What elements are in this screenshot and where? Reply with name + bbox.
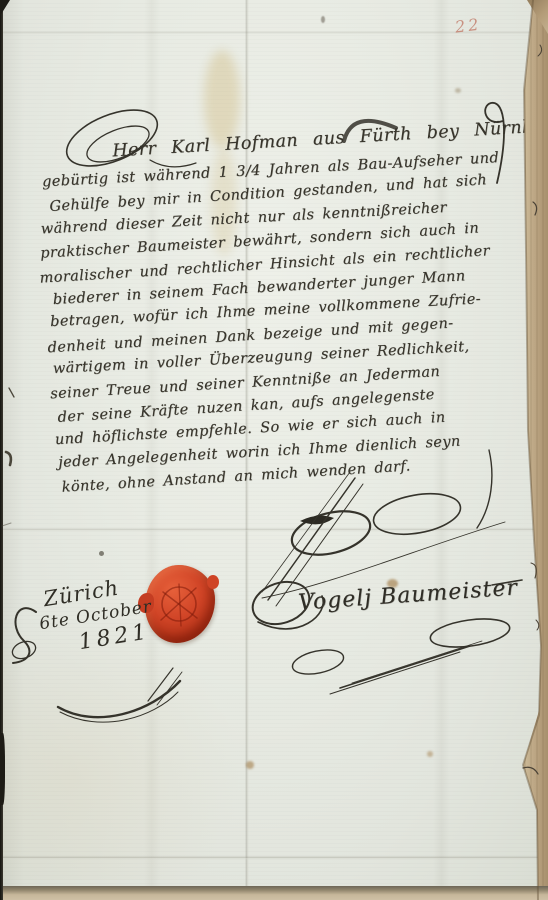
page-number-annotation: 22 [454, 14, 482, 36]
scanned-letter-page: 22 Herr Karl Hofman aus Fürth bey Nürnbe… [0, 0, 548, 900]
left-binding-edge [0, 0, 3, 900]
bottom-page-edge [0, 886, 548, 900]
letter-body: Herr Karl Hofman aus Fürth bey Nürnberg … [32, 117, 548, 503]
corner-shadow [0, 0, 10, 16]
